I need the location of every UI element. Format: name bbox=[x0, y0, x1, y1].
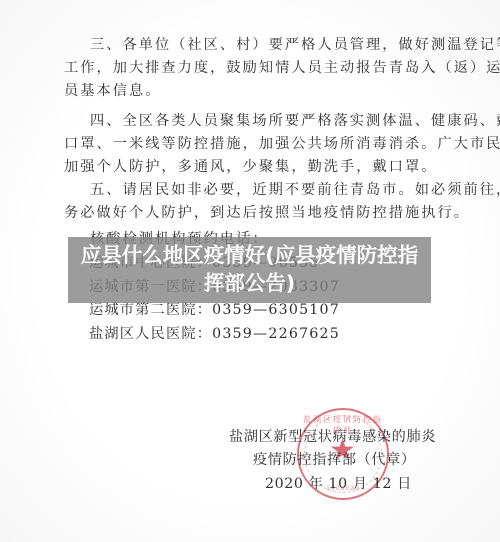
contact-row: 运城市第二医院：0359—6305107 bbox=[89, 301, 340, 319]
paragraph-4-line-1: 四、全区各类人员聚集场所要严格落实测体温、健康码、戴 bbox=[90, 112, 500, 130]
contact-phone: 0359—6305107 bbox=[212, 302, 340, 318]
article-title: 应县什么地区疫情好(应县疫情防控指挥部公告) bbox=[68, 241, 431, 297]
paragraph-4-line-3: 加强个人防护，多通风，少聚集，勤洗手，戴口罩。 bbox=[64, 158, 437, 176]
paragraph-3-line-1: 三、各单位（社区、村）要严格人员管理，做好测温登记等 bbox=[90, 36, 500, 54]
paragraph-3-line-2: 工作，加大排查力度，鼓励知情人员主动报告青岛入（返）运人 bbox=[64, 59, 500, 77]
contact-row: 盐湖区人民医院：0359—2267625 bbox=[89, 325, 340, 343]
paragraph-4-line-2: 口罩、一米线等防控措施，加强公共场所消毒消杀。广大市民要 bbox=[64, 135, 500, 153]
paragraph-5-line-2: 务必做好个人防护，到达后按照当地疫情防控措施执行。 bbox=[64, 204, 470, 222]
contact-name: 盐湖区人民医院： bbox=[89, 326, 212, 342]
signature-date: 2020 年 10 月 12 日 bbox=[265, 475, 412, 493]
signature-organization: 盐湖区新型冠状病毒感染的肺炎 bbox=[229, 428, 436, 446]
signature-department: 疫情防控指挥部（代章） bbox=[253, 451, 416, 469]
paragraph-5-line-1: 五、请居民如非必要，近期不要前往青岛市。如必须前往， bbox=[90, 181, 500, 199]
contact-phone: 0359—2267625 bbox=[212, 326, 340, 342]
title-overlay-banner: 应县什么地区疫情好(应县疫情防控指挥部公告) bbox=[68, 237, 431, 303]
paragraph-3-line-3: 员基本信息。 bbox=[64, 82, 161, 100]
contact-name: 运城市第二医院： bbox=[89, 302, 212, 318]
